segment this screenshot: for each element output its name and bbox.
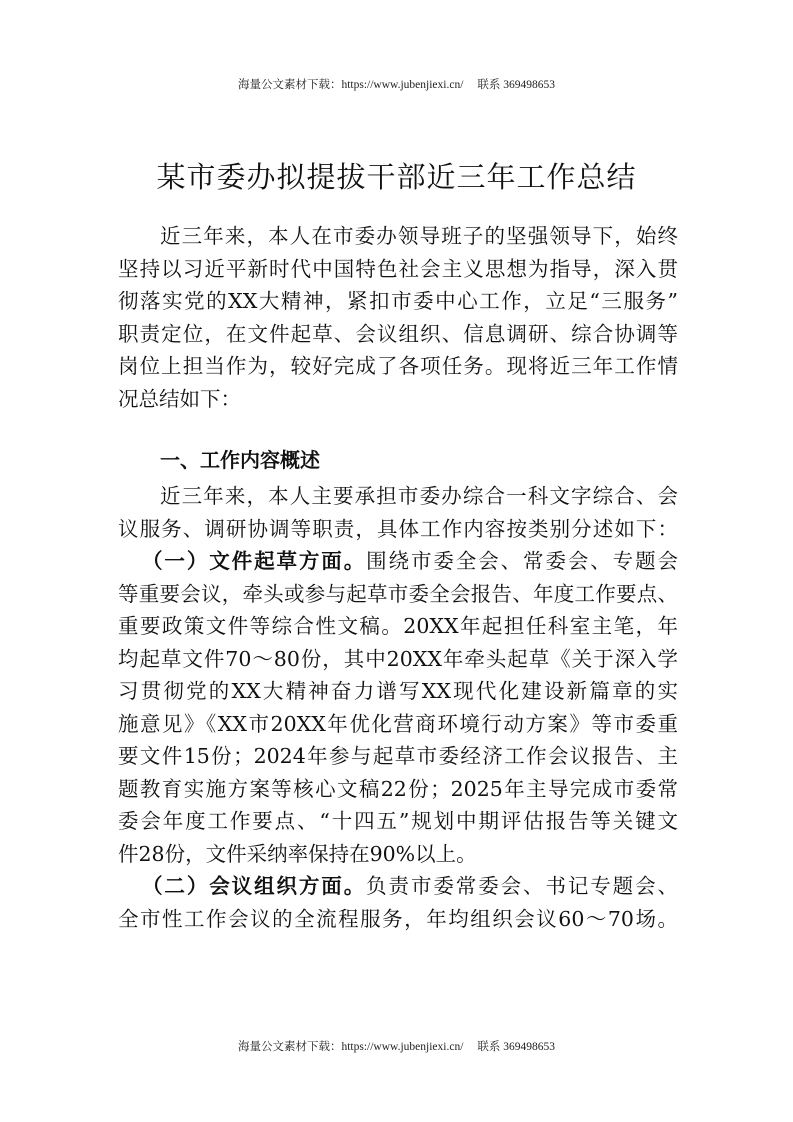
document-title: 某市委办拟提拔干部近三年工作总结 — [0, 155, 793, 196]
subsection-text: 负责市委常委会、书记专题会、 — [366, 874, 678, 898]
paragraph-line: 委会年度工作要点、“十四五”规划中期评估报告等关键文 — [118, 807, 678, 835]
subsection-line: （二）会议组织方面。负责市委常委会、书记专题会、 — [142, 872, 678, 900]
paragraph-line: 要文件15份；2024年参与起草市委经济工作会议报告、主 — [118, 742, 678, 770]
page-footer: 海量公文素材下载：https://www.jubenjiexi.cn/联系 36… — [0, 1038, 793, 1054]
paragraph-line: 职责定位，在文件起草、会议组织、信息调研、综合协调等 — [118, 320, 678, 348]
paragraph-line: 均起草文件70～80份，其中20XX年牵头起草《关于深入学 — [118, 645, 678, 673]
subsection-lead: （一）文件起草方面。 — [142, 549, 366, 573]
paragraph-line: 全市性工作会议的全流程服务，年均组织会议60～70场。 — [118, 905, 678, 933]
header-contact: 联系 369498653 — [477, 79, 555, 91]
page-header: 海量公文素材下载：https://www.jubenjiexi.cn/联系 36… — [0, 76, 793, 92]
subsection-line: （一）文件起草方面。围绕市委全会、常委会、专题会 — [142, 547, 678, 575]
footer-download-label: 海量公文素材下载：https://www.jubenjiexi.cn/ — [238, 1041, 463, 1053]
paragraph-line: 议服务、调研协调等职责，具体工作内容按类别分述如下： — [118, 515, 678, 543]
subsection-lead: （二）会议组织方面。 — [142, 874, 366, 898]
paragraph-line: 施意见》《XX市20XX年优化营商环境行动方案》等市委重 — [118, 710, 678, 738]
paragraph-line: 习贯彻党的XX大精神奋力谱写XX现代化建设新篇章的实 — [118, 677, 678, 705]
paragraph-line: 件28份，文件采纳率保持在90%以上。 — [118, 840, 678, 868]
paragraph-line: 近三年来，本人在市委办领导班子的坚强领导下，始终 — [160, 222, 678, 250]
paragraph-line: 况总结如下： — [118, 385, 678, 413]
paragraph-line: 坚持以习近平新时代中国特色社会主义思想为指导，深入贯 — [118, 255, 678, 283]
paragraph-line: 岗位上担当作为，较好完成了各项任务。现将近三年工作情 — [118, 352, 678, 380]
header-download-label: 海量公文素材下载：https://www.jubenjiexi.cn/ — [238, 79, 463, 91]
subsection-text: 围绕市委全会、常委会、专题会 — [366, 549, 678, 573]
paragraph-line: 题教育实施方案等核心文稿22份；2025年主导完成市委常 — [118, 775, 678, 803]
footer-contact: 联系 369498653 — [477, 1041, 555, 1053]
paragraph-line: 近三年来，本人主要承担市委办综合一科文字综合、会 — [160, 482, 678, 510]
paragraph-line: 重要政策文件等综合性文稿。20XX年起担任科室主笔，年 — [118, 612, 678, 640]
section-heading: 一、工作内容概述 — [160, 446, 320, 474]
paragraph-line: 等重要会议，牵头或参与起草市委全会报告、年度工作要点、 — [118, 580, 678, 608]
paragraph-line: 彻落实党的XX大精神，紧扣市委中心工作，立足“三服务” — [118, 287, 678, 315]
